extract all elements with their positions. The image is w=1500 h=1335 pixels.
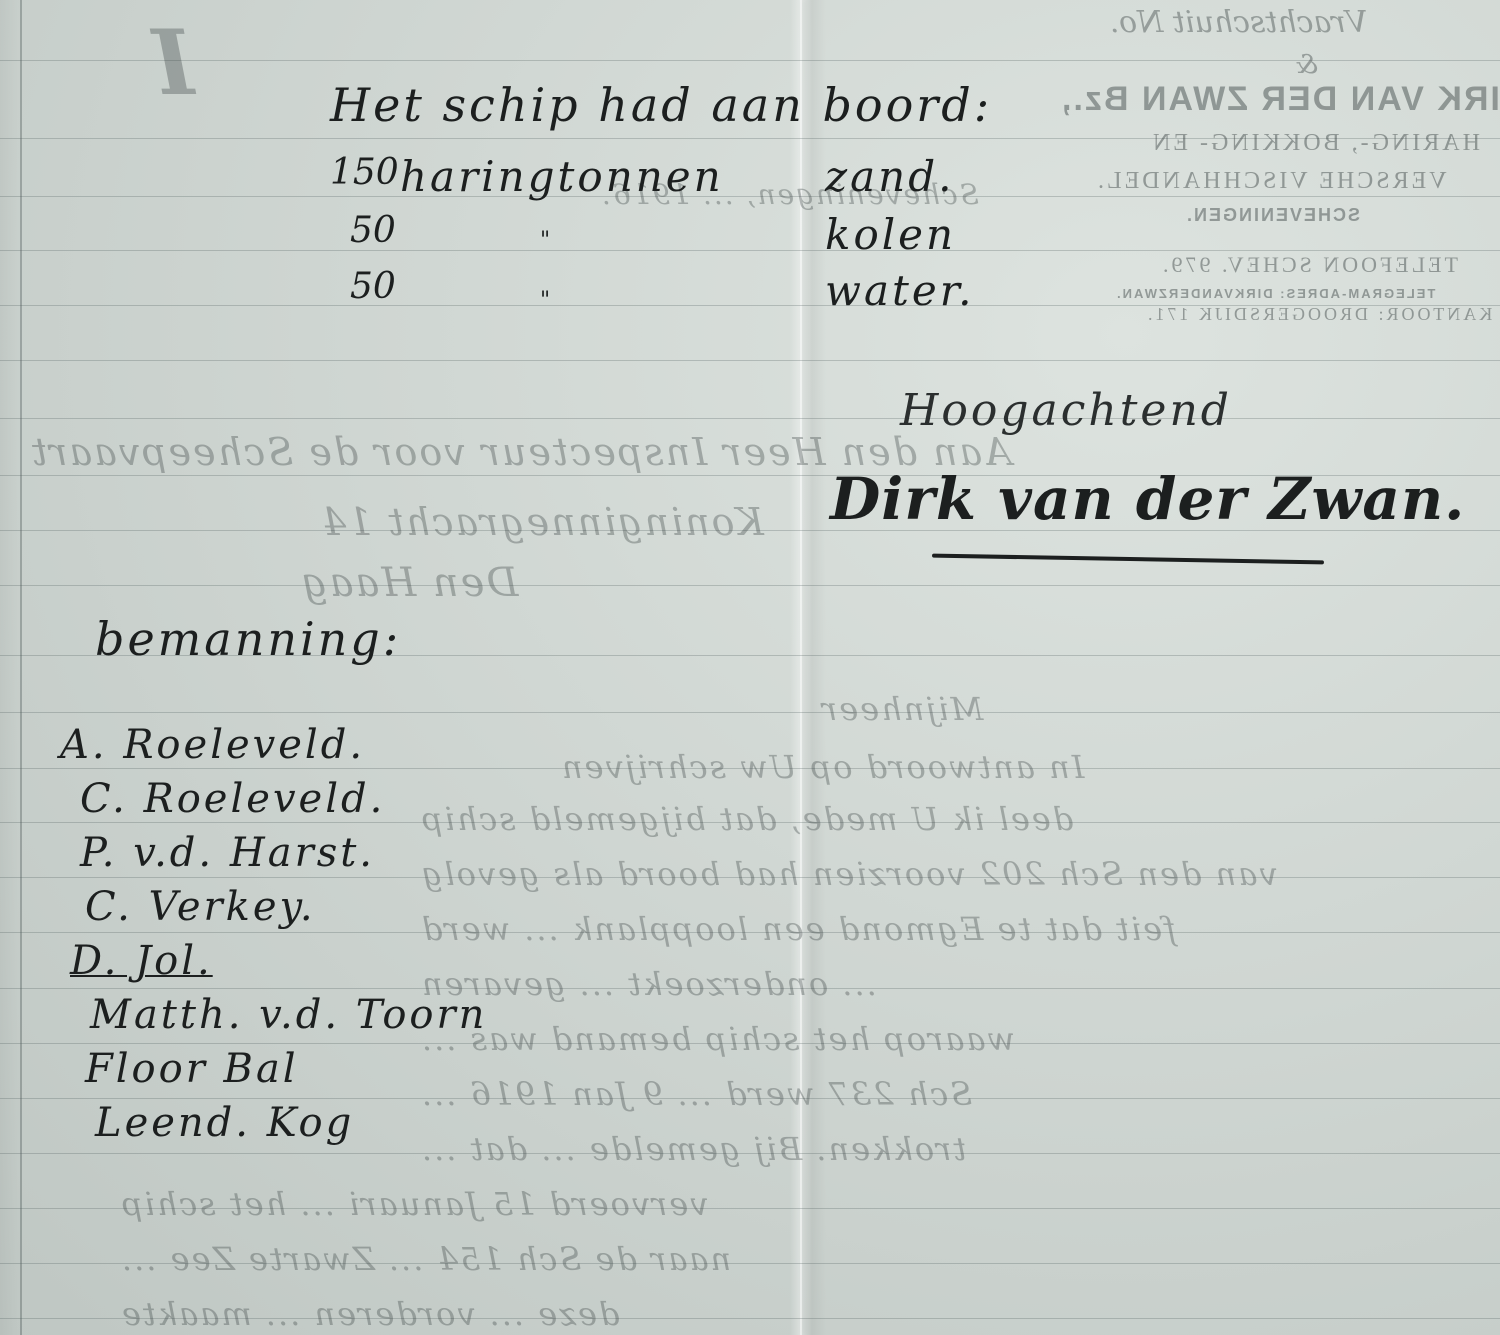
ghost-body-line: trokken. Bij gemelde ... dat ... [420,1130,966,1168]
ghost-body-line: vervoerd 15 Januari ... het schip [120,1185,708,1223]
ghost-body-line: ... onderzoekt ... gevaren [420,965,877,1003]
ghost-body-line: deel ik U mede, dat bijgemeld schip [420,800,1073,838]
ghost-body-line: feit dat te Egmond een loopplank ... wer… [420,910,1176,948]
pencil-note: Vrachtschuit No. [1110,5,1367,40]
ghost-body-line: deze ... vorderen ... maakte [120,1295,620,1333]
ditto-mark: " [540,228,550,253]
letterhead-telegram: TELEGRAM-ADRES: DIRKVANDERZWAN. [1115,286,1435,301]
ruled-line [0,712,1500,713]
ditto-mark: " [540,288,550,313]
cargo-header: Het schip had aan boord: [330,78,992,132]
ghost-body-line: naar de Sch 154 ... Zwarte Zee ... [120,1240,731,1278]
letterhead-office: KANTOOR: DROOGERSDIJK 171. [1145,304,1492,325]
ruled-line [0,585,1500,586]
crew-title: bemanning: [95,612,401,666]
closing-salutation: Hoogachtend [900,385,1232,436]
ghost-opening: Mijnheer [820,690,983,728]
cargo-contents: zand. [825,152,954,201]
margin-line [20,0,22,1335]
ghost-body-line: Sch 237 werd ... 9 Jan 1916 ... [420,1075,972,1113]
cargo-item: haringtonnen [400,152,724,201]
cargo-contents: water. [825,266,975,315]
letterhead-trade-line1: HARING-, BOKKING- EN [1150,130,1480,157]
crew-member: C. Roeleveld. [80,776,477,830]
ghost-body-line: waarop het schip bemand was ... [420,1020,1015,1058]
ghost-address-line: Koninginnegracht 14 [320,500,764,544]
letterhead-phone: TELEFOON SCHEV. 979. [1160,252,1458,278]
crew-list: A. Roeleveld. C. Roeleveld. P. v.d. Hars… [60,722,457,1154]
ghost-address-line: Den Haag [300,560,518,606]
cargo-quantity: 50 [350,210,396,251]
crew-member: C. Verkey. [85,884,482,938]
letterhead-city: SCHEVENINGEN. [1185,205,1360,226]
ghost-body-line: In antwoord op Uw schrijven [560,748,1084,786]
crew-member: Leend. Kog [95,1100,492,1154]
crew-member: D. Jol. [70,938,467,992]
letterhead-company: DIRK VAN DER ZWAN Bz., [1060,80,1500,119]
page-mark: I [150,10,194,116]
crew-member: P. v.d. Harst. [80,830,477,884]
crew-member: Matth. v.d. Toorn [90,992,487,1046]
ruled-line [0,250,1500,251]
ghost-body-line: van den Sch 202 voorzien had boord als g… [420,855,1277,893]
crew-member: A. Roeleveld. [60,722,457,776]
signature: Dirk van der Zwan. [830,465,1465,533]
ruled-line [0,418,1500,419]
cargo-quantity: 50 [350,266,396,307]
pencil-ampersand: & [1295,50,1318,80]
crew-member: Floor Bal [85,1046,482,1100]
cargo-quantity: 150 [330,152,399,193]
letterhead-trade-line2: VERSCHE VISCHHANDEL. [1095,168,1447,195]
cargo-contents: kolen [825,210,956,259]
ruled-line [0,60,1500,61]
ruled-line [0,360,1500,361]
